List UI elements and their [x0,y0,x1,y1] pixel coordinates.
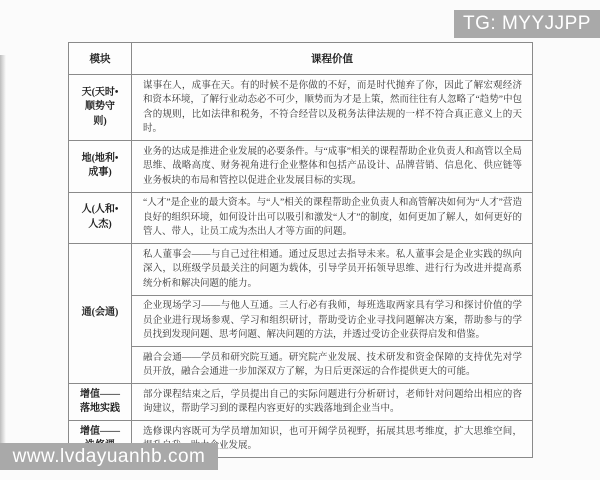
module-cell: 增值—— 落地实践 [69,384,132,421]
module-cell: 通(会通) [69,244,132,384]
course-value-cell: 融合会通——学员和研究院互通。研究院产业发展、技术研发和资金保障的支持优先对学员… [132,347,533,384]
table-row: 地(地利• 成事)业务的达成是推进企业发展的必要条件。与“成事”相关的课程帮助企… [69,141,533,193]
watermark-top-right: TG: MYYJJPP [454,10,600,38]
course-value-cell: 业务的达成是推进企业发展的必要条件。与“成事”相关的课程帮助企业负责人和高管以全… [132,141,533,193]
table-row: 融合会通——学员和研究院互通。研究院产业发展、技术研发和资金保障的支持优先对学员… [69,347,533,384]
course-value-table: 模块 课程价值 天(天时• 顺势守 则)谋事在人，成事在天。有的时候不是你做的不… [68,42,533,458]
course-value-cell: 企业现场学习——与他人互通。三人行必有我师，每班选取两家具有学习和探讨价值的学员… [132,295,533,347]
module-cell: 天(天时• 顺势守 则) [69,75,132,141]
course-value-cell: 部分课程结束之后，学员提出自己的实际问题进行分析研讨，老师针对问题给出相应的咨询… [132,384,533,421]
table-header-course-value: 课程价值 [132,43,533,75]
table-row: 企业现场学习——与他人互通。三人行必有我师，每班选取两家具有学习和探讨价值的学员… [69,295,533,347]
watermark-bottom-left: www.lvdayuanhb.com [0,443,218,470]
course-value-cell: 谋事在人，成事在天。有的时候不是你做的不好，而是时代抛弃了你，因此了解宏观经济和… [132,75,533,141]
table-header-row: 模块 课程价值 [69,43,533,75]
photo-edge-shading [0,55,6,443]
module-cell: 人(人和• 人杰) [69,192,132,244]
course-value-cell: “人才”是企业的最大资本。与“人”相关的课程帮助企业负责人和高管解决如何为“人才… [132,192,533,244]
course-value-cell: 私人董事会——与自己过往相通。通过反思过去指导未来。私人董事会是企业实践的纵向深… [132,244,533,296]
table-row: 增值—— 落地实践部分课程结束之后，学员提出自己的实际问题进行分析研讨，老师针对… [69,384,533,421]
table-row: 人(人和• 人杰)“人才”是企业的最大资本。与“人”相关的课程帮助企业负责人和高… [69,192,533,244]
table-row: 天(天时• 顺势守 则)谋事在人，成事在天。有的时候不是你做的不好，而是时代抛弃… [69,75,533,141]
table-header-module: 模块 [69,43,132,75]
table-body: 天(天时• 顺势守 则)谋事在人，成事在天。有的时候不是你做的不好，而是时代抛弃… [69,75,533,458]
table-row: 通(会通)私人董事会——与自己过往相通。通过反思过去指导未来。私人董事会是企业实… [69,244,533,296]
module-cell: 地(地利• 成事) [69,141,132,193]
